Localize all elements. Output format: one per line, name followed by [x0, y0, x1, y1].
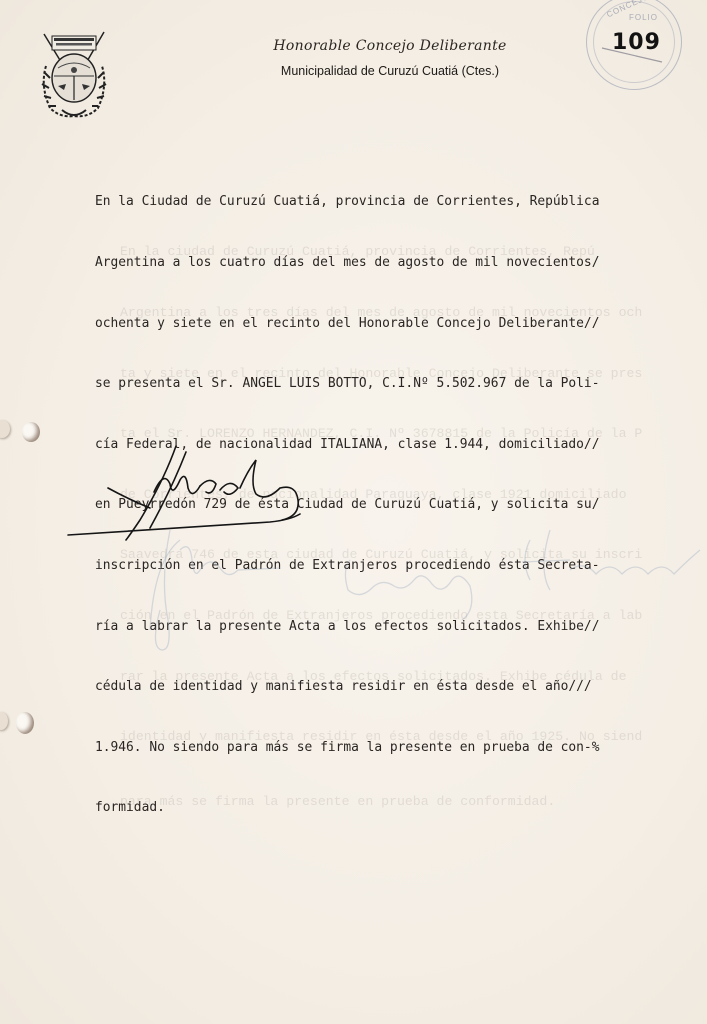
- stamp-text-folio: FOLIO: [629, 13, 658, 22]
- body-line: ochenta y siete en el recinto del Honora…: [95, 314, 695, 334]
- letterhead-title: Honorable Concejo Deliberante: [240, 38, 540, 54]
- letterhead-subtitle: Municipalidad de Curuzú Cuatiá (Ctes.): [220, 64, 560, 78]
- punch-hole-upper-tear: [22, 422, 40, 442]
- body-line: Argentina a los cuatro días del mes de a…: [95, 253, 695, 273]
- punch-hole-upper: [0, 420, 10, 438]
- body-line: En la Ciudad de Curuzú Cuatiá, provincia…: [95, 192, 695, 212]
- punch-hole-lower: [0, 712, 8, 730]
- body-line: formidad.: [95, 798, 695, 818]
- document-page: Honorable Concejo Deliberante Municipali…: [0, 0, 707, 1024]
- punch-hole-lower-tear: [16, 712, 34, 734]
- body-line: cédula de identidad y manifiesta residir…: [95, 677, 695, 697]
- signature-angel-luis-botto: [60, 440, 340, 550]
- folio-number: 109: [612, 30, 661, 55]
- body-line: 1.946. No siendo para más se firma la pr…: [95, 738, 695, 758]
- body-line: se presenta el Sr. ANGEL LUIS BOTTO, C.I…: [95, 374, 695, 394]
- coat-of-arms-icon: [36, 30, 112, 122]
